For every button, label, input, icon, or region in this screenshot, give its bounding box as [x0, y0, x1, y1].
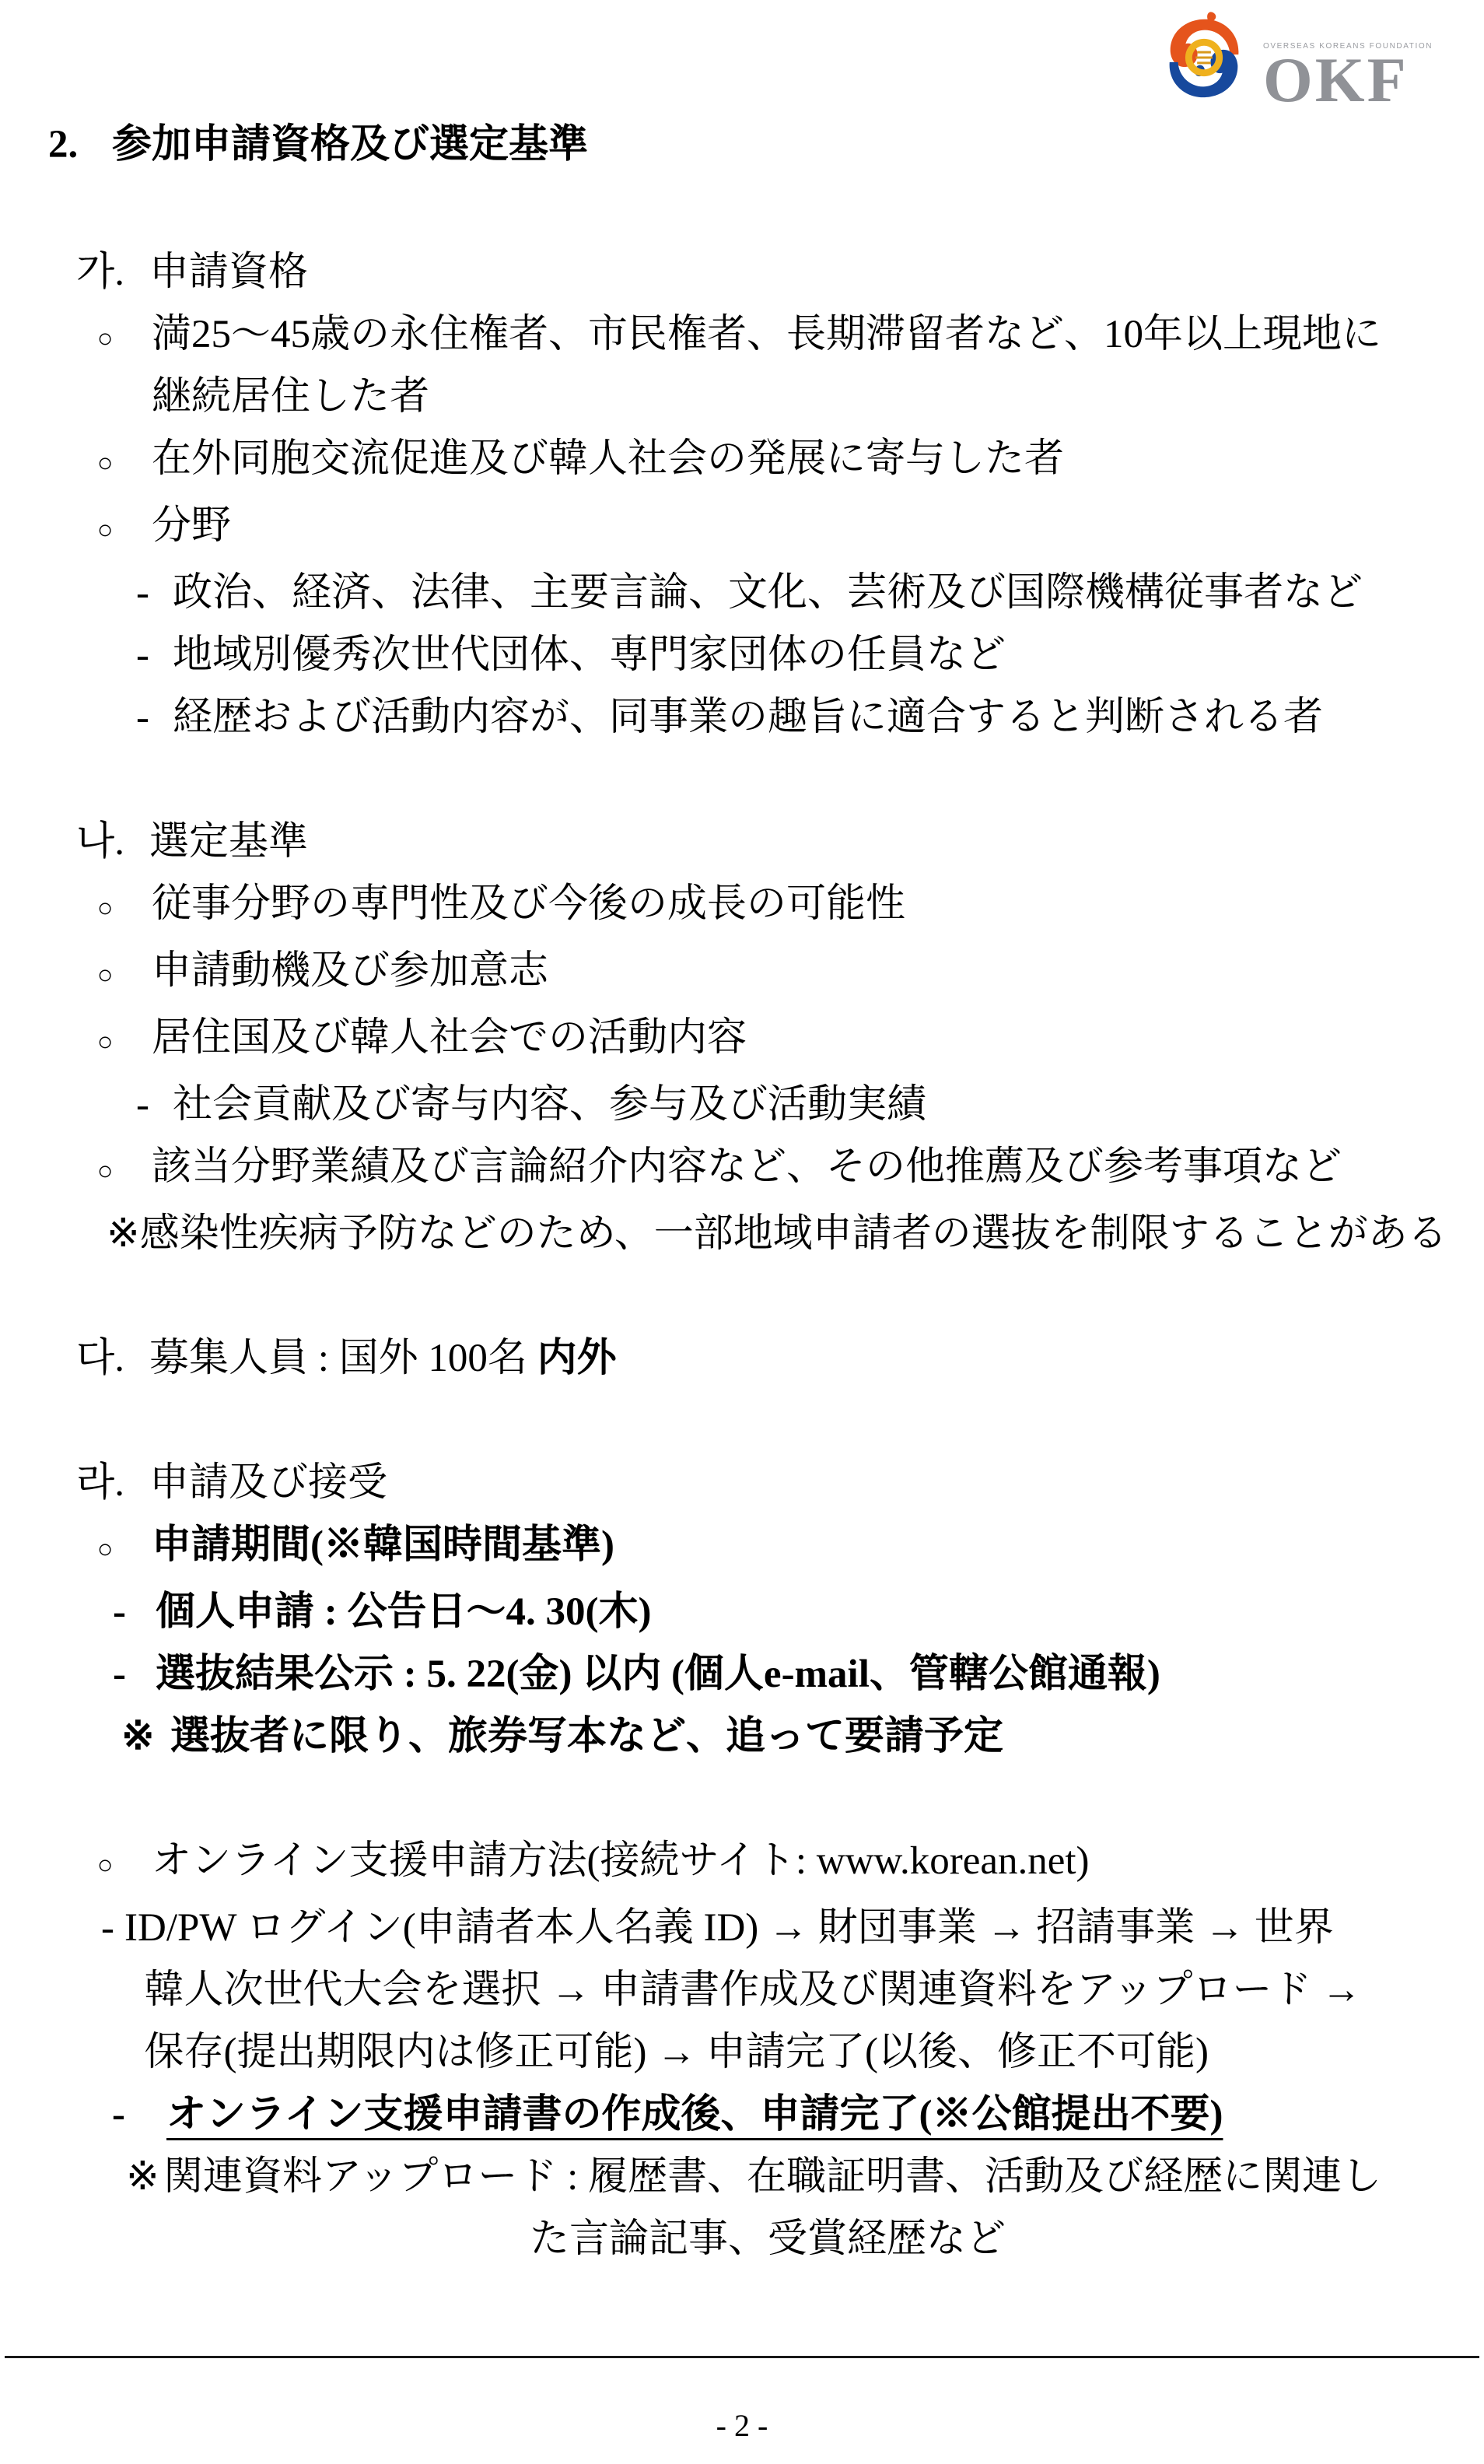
- page-title: 2. 参加申請資格及び選定基準: [48, 114, 1484, 176]
- bullet-circle-icon: ○: [97, 1141, 152, 1203]
- list-item: ○ 申請動機及び参加意志: [97, 940, 1484, 1007]
- sub-list-item: - 社会貢献及び寄与内容、参与及び活動実績: [136, 1074, 1484, 1136]
- note-text: 選抜者に限り、旅券写本など、追って要請予定: [170, 1705, 1003, 1768]
- logo-globe-lines: [1195, 52, 1213, 63]
- list-item-text: 社会貢献及び寄与内容、参与及び活動実績: [173, 1074, 926, 1136]
- okf-logo: OVERSEAS KOREANS FOUNDATION OKF: [1157, 9, 1433, 106]
- list-item-text: 地域別優秀次世代団体、専門家団体の任員など: [173, 624, 1006, 686]
- dash-icon: -: [113, 1643, 156, 1705]
- dash-icon: -: [136, 686, 173, 748]
- note-text: 感染性疾病予防などのため、一部地域申請者の選抜を制限することがある: [140, 1203, 1447, 1265]
- section-marker: 나.: [76, 811, 149, 873]
- spacer: [0, 1265, 1484, 1327]
- reference-mark-icon: ※: [126, 2146, 163, 2208]
- sub-list-item: - 経歴および活動内容が、同事業の趣旨に適合すると判断される者: [136, 686, 1484, 748]
- bullet-circle-icon: ○: [97, 1835, 152, 1897]
- list-item-text: 居住国及び韓人社会での活動内容: [152, 1007, 747, 1069]
- list-item: ○ 従事分野の専門性及び今後の成長の可能性: [97, 873, 1484, 940]
- section-head-ra: 라. 申請及び接受: [76, 1452, 1484, 1514]
- list-item: ○ 居住国及び韓人社会での活動内容: [97, 1007, 1484, 1074]
- footer-divider: [5, 2356, 1479, 2358]
- document-page: OVERSEAS KOREANS FOUNDATION OKF 2. 参加申請資…: [0, 0, 1484, 2464]
- spacer: [0, 1768, 1484, 1830]
- section-title-text: 選定基準: [149, 811, 308, 873]
- section-marker: 가.: [76, 241, 149, 303]
- bullet-circle-icon: ○: [97, 499, 152, 562]
- bullet-circle-icon: ○: [97, 1519, 152, 1581]
- recruit-count-text: 募集人員 : 国外 100名: [149, 1337, 537, 1380]
- list-item-text: 在外同胞交流促進及び韓人社会の発展に寄与した者: [152, 428, 1064, 490]
- list-item-text: 経歴および活動内容が、同事業の趣旨に適合すると判断される者: [173, 686, 1323, 748]
- bullet-circle-icon: ○: [97, 878, 152, 940]
- logo-abbreviation: OKF: [1263, 55, 1433, 105]
- list-item: ○ 申請期間(※韓国時間基準): [97, 1514, 1484, 1581]
- note-text: た言論記事、受賞経歴など: [530, 2208, 1006, 2270]
- sub-list-item: - 選抜結果公示 : 5. 22(金) 以内 (個人e-mail、管轄公館通報): [113, 1643, 1484, 1705]
- list-item: ○ 満25〜45歳の永住権者、市民権者、長期滞留者など、10年以上現地に 継続居…: [97, 303, 1484, 428]
- list-item-text: 選抜結果公示 : 5. 22(金) 以内 (個人e-mail、管轄公館通報): [156, 1643, 1160, 1705]
- section-title-text: 申請資格: [149, 241, 308, 303]
- section-marker: 다.: [76, 1327, 149, 1390]
- section-title-text: 申請及び接受: [149, 1452, 387, 1514]
- note-line: ※ 感染性疾病予防などのため、一部地域申請者の選抜を制限することがある: [107, 1203, 1484, 1265]
- recruit-count-emphasis: 内外: [537, 1337, 617, 1380]
- list-item: ○ 在外同胞交流促進及び韓人社会の発展に寄与した者: [97, 428, 1484, 495]
- title-text: 参加申請資格及び選定基準: [112, 114, 588, 176]
- list-item: ○ 該当分野業績及び言論紹介内容など、その他推薦及び参考事項など: [97, 1136, 1484, 1203]
- list-item: ○ 分野: [97, 495, 1484, 562]
- section-head-ga: 가. 申請資格: [76, 241, 1484, 303]
- list-item-text: 政治、経済、法律、主要言論、文化、芸術及び国際機構従事者など: [173, 562, 1363, 624]
- note-line: ※ 選抜者に限り、旅券写本など、追って要請予定: [121, 1705, 1484, 1768]
- bullet-circle-icon: ○: [97, 308, 152, 370]
- procedure-flow-text: ID/PW ログイン(申請者本人名義 ID) → 財団事業 → 招請事業 → 世…: [124, 1897, 1361, 2084]
- list-item-text: 申請期間(※韓国時間基準): [152, 1514, 614, 1576]
- note-text: 関連資料アップロード : 履歴書、在職証明書、活動及び経歴に関連し: [163, 2146, 1381, 2208]
- document-body: 2. 参加申請資格及び選定基準 가. 申請資格 ○ 満25〜45歳の永住権者、市…: [0, 114, 1484, 2270]
- sub-list-item: - ID/PW ログイン(申請者本人名義 ID) → 財団事業 → 招請事業 →…: [101, 1897, 1484, 2084]
- dash-icon: -: [136, 562, 173, 624]
- spacer: [0, 748, 1484, 811]
- note-continuation: た言論記事、受賞経歴など: [530, 2208, 1484, 2270]
- title-number: 2.: [48, 114, 112, 176]
- list-item-text: 従事分野の専門性及び今後の成長の可能性: [152, 873, 905, 935]
- section-title-text: 募集人員 : 国外 100名 内外: [149, 1327, 617, 1390]
- section-head-na: 나. 選定基準: [76, 811, 1484, 873]
- sub-list-item: - 個人申請 : 公告日〜4. 30(木): [113, 1581, 1484, 1643]
- section-marker: 라.: [76, 1452, 149, 1514]
- reference-mark-icon: ※: [107, 1203, 140, 1265]
- list-item-text: オンライン支援申請方法(接続サイト: www.korean.net): [152, 1830, 1090, 1892]
- dash-icon: -: [112, 2084, 166, 2146]
- spacer: [0, 1390, 1484, 1452]
- dash-icon: -: [101, 1897, 124, 1959]
- sub-list-item: - オンライン支援申請書の作成後、申請完了(※公館提出不要): [112, 2084, 1484, 2146]
- dash-icon: -: [136, 624, 173, 686]
- logo-flame-icon: [1207, 12, 1216, 21]
- sub-list-item: - 政治、経済、法律、主要言論、文化、芸術及び国際機構従事者など: [136, 562, 1484, 624]
- list-item-text: 分野: [152, 495, 231, 557]
- underlined-notice-text: オンライン支援申請書の作成後、申請完了(※公館提出不要): [166, 2084, 1223, 2146]
- list-item: ○ オンライン支援申請方法(接続サイト: www.korean.net): [97, 1830, 1484, 1897]
- list-item-text: 個人申請 : 公告日〜4. 30(木): [156, 1581, 651, 1643]
- sub-list-item: - 地域別優秀次世代団体、専門家団体の任員など: [136, 624, 1484, 686]
- bullet-circle-icon: ○: [97, 1011, 152, 1074]
- list-item-text: 申請動機及び参加意志: [152, 940, 548, 1002]
- list-item-text: 該当分野業績及び言論紹介内容など、その他推薦及び参考事項など: [152, 1136, 1342, 1198]
- okf-logo-icon: [1157, 9, 1252, 106]
- reference-mark-icon: ※: [121, 1705, 170, 1768]
- dash-icon: -: [113, 1581, 156, 1643]
- okf-logo-text: OVERSEAS KOREANS FOUNDATION OKF: [1263, 9, 1433, 105]
- bullet-circle-icon: ○: [97, 945, 152, 1007]
- bullet-circle-icon: ○: [97, 433, 152, 495]
- page-number: - 2 -: [0, 2403, 1484, 2449]
- note-line: ※ 関連資料アップロード : 履歴書、在職証明書、活動及び経歴に関連し: [126, 2146, 1484, 2208]
- dash-icon: -: [136, 1074, 173, 1136]
- spacer: [0, 176, 1484, 241]
- list-item-text: 満25〜45歳の永住権者、市民権者、長期滞留者など、10年以上現地に 継続居住し…: [152, 303, 1381, 428]
- section-head-da: 다. 募集人員 : 国外 100名 内外: [76, 1327, 1484, 1390]
